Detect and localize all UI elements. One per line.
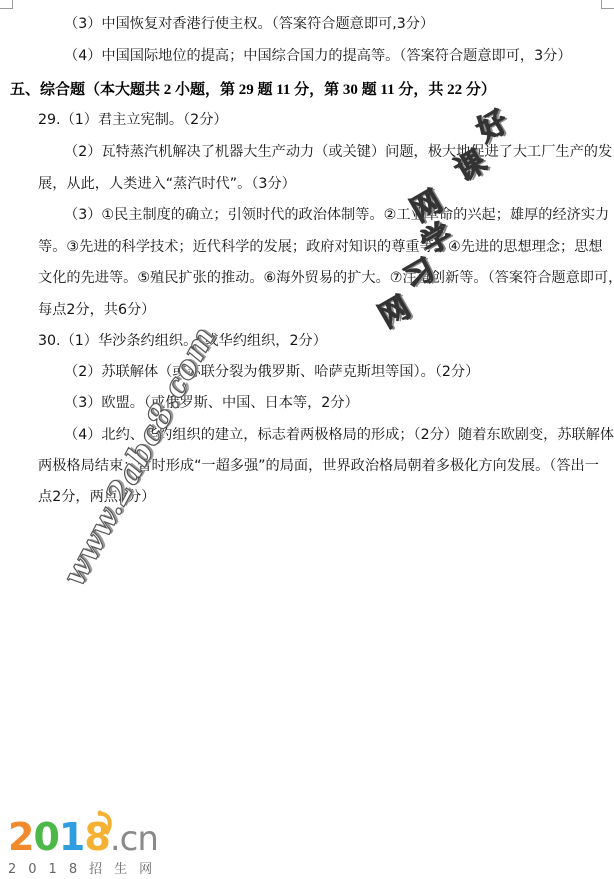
logo-suffix: .cn [110,820,158,858]
logo-wordmark: 2018.cn [8,818,164,858]
answer-line: 文化的先进等。⑤殖民扩张的推动。⑥海外贸易的扩大。⑦注重创新等。（答案符合题意即… [38,268,614,288]
logo-subtitle: 2018招生网 [8,858,164,877]
logo-digit: 1 [59,818,84,856]
answer-line: （2）苏联解体（或苏联分裂为俄罗斯、哈萨克斯坦等国）。（2分） [64,362,479,382]
logo-digit: 0 [33,818,58,856]
answer-line: （3）中国恢复对香港行使主权。（答案符合题意即可,3分） [64,14,434,34]
logo-digit: 8 [84,818,109,856]
logo-digit: 2 [8,818,33,856]
site-logo: 2018.cn 2018招生网 [8,818,164,877]
answer-line: 每点2分，共6分） [38,300,155,320]
answer-line: （3）①民主制度的确立；引领时代的政治体制等。②工业革命的兴起；雄厚的经济实力 [64,205,609,225]
answer-line: 展，从此，人类进入“蒸汽时代”。（3分） [38,174,296,194]
answer-line: （4）中国国际地位的提高；中国综合国力的提高等。（答案符合题意即可，3分） [64,46,572,66]
calligraphy-watermark-char: 网 [375,293,416,334]
page-corner-mark-top-right [601,0,614,9]
answer-line: （3）欧盟。（或俄罗斯、中国、日本等，2分） [64,393,359,413]
logo-swoosh-icon [94,810,116,840]
page-corner-mark-top-left [0,0,13,9]
answer-line: 29.（1）君主立宪制。（2分） [38,110,228,130]
answer-line: （2）瓦特蒸汽机解决了机器大生产动力（或关键）问题，极大地促进了大工厂生产的发 [64,142,612,162]
section-heading: 五、综合题（本大题共 2 小题，第 29 题 11 分，第 30 题 11 分，… [10,80,496,100]
answer-line: 等。③先进的科学技术；近代科学的发展；政府对知识的尊重等。④先进的思想理念；思想 [38,237,603,257]
